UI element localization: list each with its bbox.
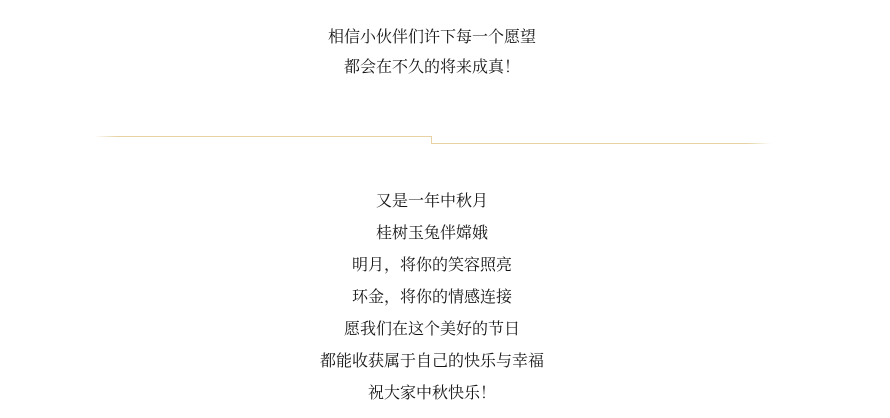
poem-line-7: 祝大家中秋快乐！ bbox=[0, 377, 864, 409]
intro-line-2: 都会在不久的将来成真！ bbox=[0, 52, 864, 82]
poem-line-1: 又是一年中秋月 bbox=[0, 185, 864, 217]
intro-line-1: 相信小伙伴们许下每一个愿望 bbox=[0, 22, 864, 52]
poem-line-4: 环金，将你的情感连接 bbox=[0, 281, 864, 313]
article-page: 相信小伙伴们许下每一个愿望 都会在不久的将来成真！ 又是一年中秋月 桂树玉兔伴嫦… bbox=[0, 0, 890, 418]
poem-line-6: 都能收获属于自己的快乐与幸福 bbox=[0, 345, 864, 377]
poem-line-2: 桂树玉兔伴嫦娥 bbox=[0, 217, 864, 249]
poem-line-3: 明月，将你的笑容照亮 bbox=[0, 249, 864, 281]
poem-line-5: 愿我们在这个美好的节日 bbox=[0, 313, 864, 345]
divider-left-segment bbox=[94, 136, 432, 137]
intro-text-block: 相信小伙伴们许下每一个愿望 都会在不久的将来成真！ bbox=[0, 22, 864, 82]
divider-right-segment bbox=[432, 143, 771, 144]
poem-text-block: 又是一年中秋月 桂树玉兔伴嫦娥 明月，将你的笑容照亮 环金，将你的情感连接 愿我… bbox=[0, 185, 864, 409]
